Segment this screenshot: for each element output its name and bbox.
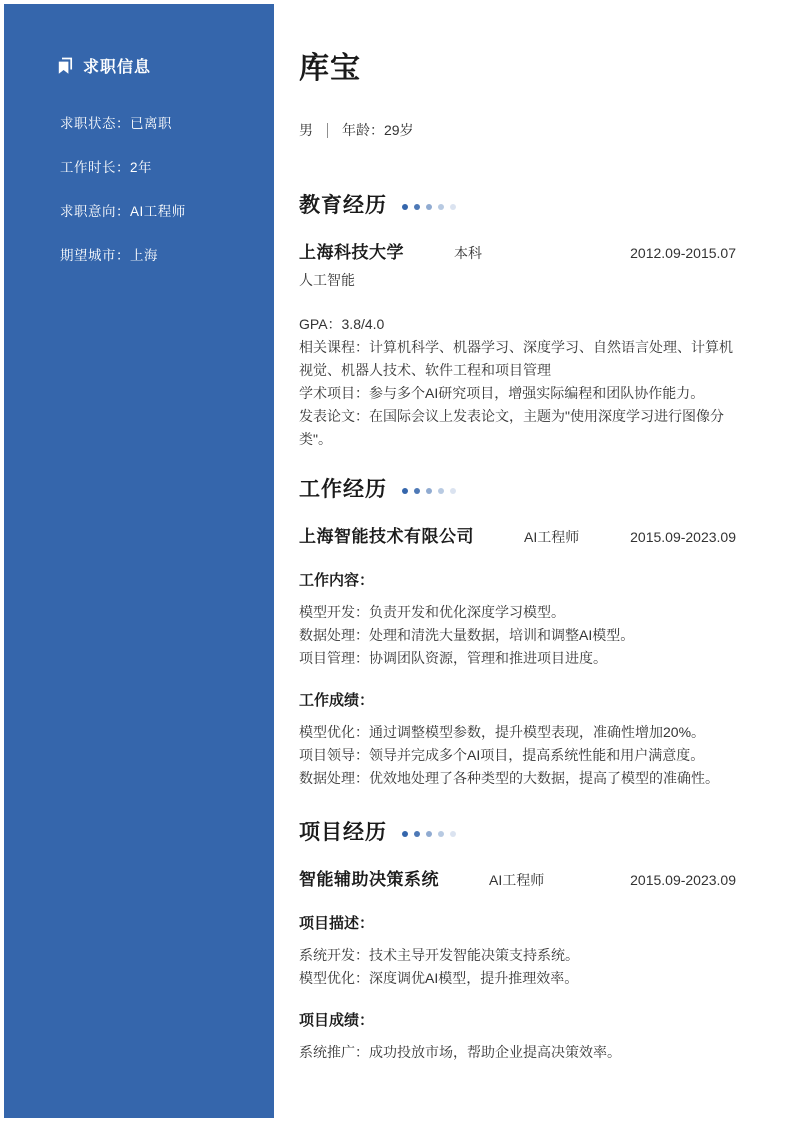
sidebar: 求职信息 求职状态：已离职 工作时长：2年 求职意向：AI工程师 期望城市：上海 <box>4 4 274 1118</box>
detail-line: 系统开发：技术主导开发智能决策支持系统。 <box>299 944 736 967</box>
project-role: AI工程师 <box>489 870 544 891</box>
detail-line: 发表论文：在国际会议上发表论文，主题为"使用深度学习进行图像分类"。 <box>299 405 736 451</box>
detail-line: 模型优化：深度调优AI模型，提升推理效率。 <box>299 967 736 990</box>
detail-line: GPA：3.8/4.0 <box>299 313 736 336</box>
section-title-work: 工作经历 <box>299 477 736 502</box>
school-name: 上海科技大学 <box>299 242 404 263</box>
work-entry-header: 上海智能技术有限公司 AI工程师 2015.09-2023.09 <box>299 526 736 548</box>
sidebar-title: 求职信息 <box>83 54 151 77</box>
candidate-name: 库宝 <box>299 0 736 88</box>
work-content-lines: 模型开发：负责开发和优化深度学习模型。 数据处理：处理和清洗大量数据，培训和调整… <box>299 601 736 670</box>
bookmark-icon <box>56 57 74 75</box>
sidebar-item-job-intention: 求职意向：AI工程师 <box>60 203 254 220</box>
age-label: 年龄：29岁 <box>342 120 414 140</box>
major-label: 人工智能 <box>299 272 736 289</box>
detail-line: 模型开发：负责开发和优化深度学习模型。 <box>299 601 736 624</box>
meta-divider <box>327 123 328 138</box>
project-name: 智能辅助决策系统 <box>299 869 439 890</box>
degree-label: 本科 <box>454 243 482 264</box>
section-title-project: 项目经历 <box>299 820 736 845</box>
sidebar-item-list: 求职状态：已离职 工作时长：2年 求职意向：AI工程师 期望城市：上海 <box>4 115 274 264</box>
main-content: 库宝 男 年龄：29岁 教育经历 上海科技大学 本科 2012.09-2015.… <box>299 0 736 1064</box>
work-achievement-lines: 模型优化：通过调整模型参数，提升模型表现，准确性增加20%。 项目领导：领导并完… <box>299 721 736 790</box>
project-achievement-lines: 系统推广：成功投放市场，帮助企业提高决策效率。 <box>299 1041 736 1064</box>
resume-page: 求职信息 求职状态：已离职 工作时长：2年 求职意向：AI工程师 期望城市：上海… <box>0 0 792 1121</box>
section-title-education: 教育经历 <box>299 193 736 218</box>
detail-line: 系统推广：成功投放市场，帮助企业提高决策效率。 <box>299 1041 736 1064</box>
education-entry-header: 上海科技大学 本科 2012.09-2015.07 <box>299 242 736 264</box>
education-dates: 2012.09-2015.07 <box>630 243 736 264</box>
detail-line: 项目领导：领导并完成多个AI项目，提高系统性能和用户满意度。 <box>299 744 736 767</box>
sidebar-item-job-status: 求职状态：已离职 <box>60 115 254 132</box>
project-desc-lines: 系统开发：技术主导开发智能决策支持系统。 模型优化：深度调优AI模型，提升推理效… <box>299 944 736 990</box>
detail-line: 模型优化：通过调整模型参数，提升模型表现，准确性增加20%。 <box>299 721 736 744</box>
project-achievement-label: 项目成绩： <box>299 1012 736 1030</box>
work-dates: 2015.09-2023.09 <box>630 527 736 548</box>
work-achievement-label: 工作成绩： <box>299 692 736 710</box>
company-name: 上海智能技术有限公司 <box>299 526 474 547</box>
section-dots <box>402 831 456 837</box>
job-title: AI工程师 <box>524 527 579 548</box>
project-entry-header: 智能辅助决策系统 AI工程师 2015.09-2023.09 <box>299 869 736 891</box>
detail-line: 项目管理：协调团队资源，管理和推进项目进度。 <box>299 647 736 670</box>
project-dates: 2015.09-2023.09 <box>630 870 736 891</box>
detail-line: 相关课程：计算机科学、机器学习、深度学习、自然语言处理、计算机视觉、机器人技术、… <box>299 336 736 382</box>
sidebar-item-expected-city: 期望城市：上海 <box>60 247 254 264</box>
detail-line: 数据处理：优效地处理了各种类型的大数据，提高了模型的准确性。 <box>299 767 736 790</box>
sidebar-header: 求职信息 <box>56 54 274 77</box>
education-details: GPA：3.8/4.0 相关课程：计算机科学、机器学习、深度学习、自然语言处理、… <box>299 313 736 451</box>
candidate-meta: 男 年龄：29岁 <box>299 120 736 140</box>
sidebar-item-work-years: 工作时长：2年 <box>60 159 254 176</box>
gender-label: 男 <box>299 120 313 140</box>
project-desc-label: 项目描述： <box>299 915 736 933</box>
detail-line: 学术项目：参与多个AI研究项目，增强实际编程和团队协作能力。 <box>299 382 736 405</box>
work-content-label: 工作内容： <box>299 572 736 590</box>
detail-line: 数据处理：处理和清洗大量数据，培训和调整AI模型。 <box>299 624 736 647</box>
section-dots <box>402 204 456 210</box>
section-dots <box>402 488 456 494</box>
